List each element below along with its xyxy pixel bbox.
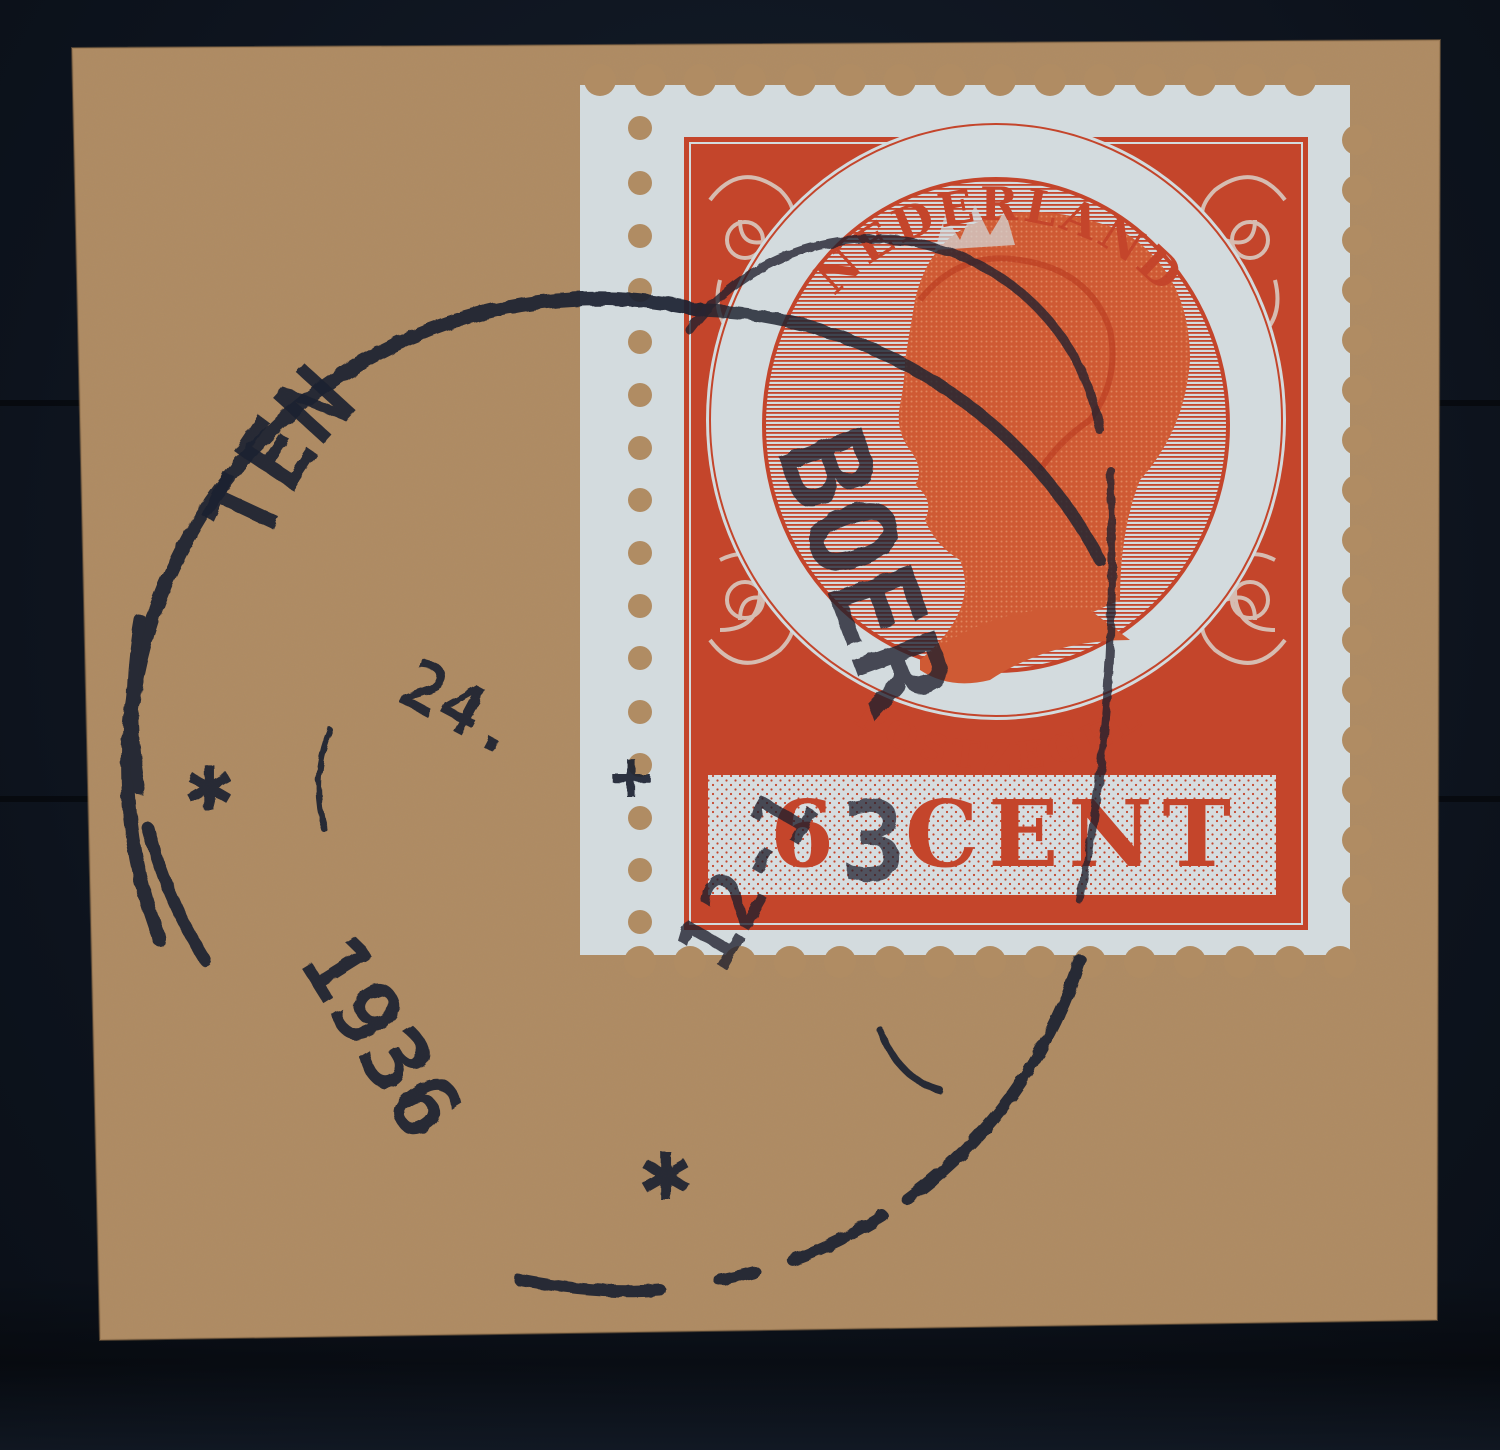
postmark-month-glyph: 3 xyxy=(840,778,906,906)
stamp-scene: NEDERLAND POSTZEGEL 6 CENT TEN 24. + 193… xyxy=(0,0,1500,1450)
postmark-star-bottom: ✱ xyxy=(640,1121,692,1221)
postmark-star-left: ✱ xyxy=(185,736,233,829)
postmark-hour: + xyxy=(610,735,652,817)
value-unit: CENT xyxy=(905,780,1241,888)
stamp: NEDERLAND POSTZEGEL 6 CENT xyxy=(555,64,1372,978)
